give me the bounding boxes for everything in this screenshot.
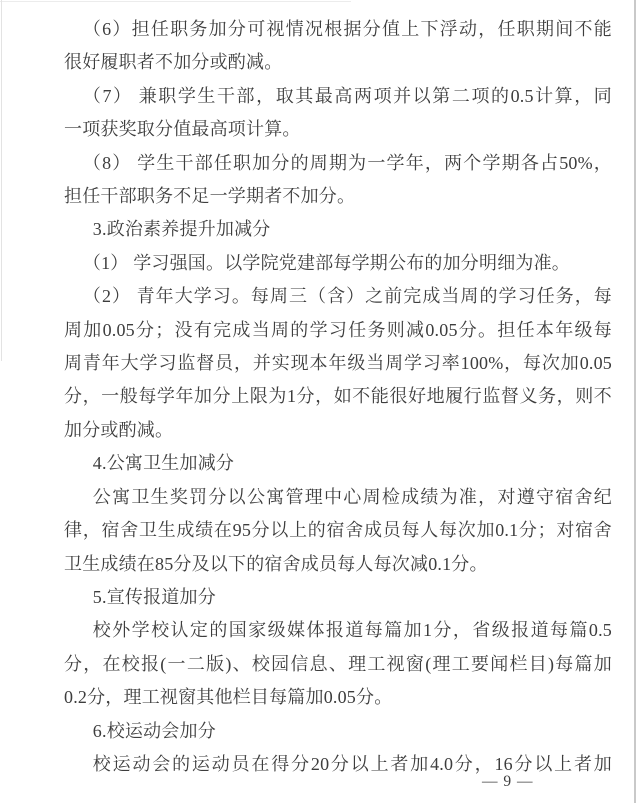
text-line: 分，在校报(一二版)、校园信息、理工视窗(理工要闻栏目)每篇加 [64, 648, 612, 681]
text-line: 律，宿舍卫生成绩在95分以上的宿舍成员每人每次加0.1分；对宿舍 [64, 514, 612, 547]
text-line: 公寓卫生奖罚分以公寓管理中心周检成绩为准，对遵守宿舍纪 [64, 481, 612, 514]
text-line: 周加0.05分；没有完成当周的学习任务则减0.05分。担任本年级每 [64, 314, 612, 347]
text-line: （1） 学习强国。以学院党建部每学期公布的加分明细为准。 [64, 247, 612, 280]
text-line: 4.公寓卫生加减分 [64, 447, 612, 480]
text-line: 5.宣传报道加分 [64, 581, 612, 614]
text-line: 周青年大学习监督员，并实现本年级当周学习率100%，每次加0.05 [64, 347, 612, 380]
text-line: 分，一般每学年加分上限为1分，如不能很好地履行监督义务，则不 [64, 380, 612, 413]
text-line: 很好履职者不加分或酌减。 [64, 46, 612, 79]
text-line: 担任干部职务不足一学期者不加分。 [64, 180, 612, 213]
page-edge-right [634, 0, 636, 803]
text-line: （2） 青年大学习。每周三（含）之前完成当周的学习任务，每 [64, 280, 612, 313]
document-body: （6）担任职务加分可视情况根据分值上下浮动，任职期间不能很好履职者不加分或酌减。… [64, 13, 612, 781]
page-edge-top [0, 1, 351, 2]
text-line: 一项获奖取分值最高项计算。 [64, 113, 612, 146]
text-line: 6.校运动会加分 [64, 715, 612, 748]
document-page: （6）担任职务加分可视情况根据分值上下浮动，任职期间不能很好履职者不加分或酌减。… [0, 0, 639, 803]
text-line: 0.2分，理工视窗其他栏目每篇加0.05分。 [64, 681, 612, 714]
text-line: 加分或酌减。 [64, 414, 612, 447]
text-line: （7） 兼职学生干部，取其最高两项并以第二项的0.5计算，同 [64, 80, 612, 113]
text-line: （6）担任职务加分可视情况根据分值上下浮动，任职期间不能 [64, 13, 612, 46]
text-line: （8） 学生干部任职加分的周期为一学年，两个学期各占50%， [64, 147, 612, 180]
text-line: 校外学校认定的国家级媒体报道每篇加1分，省级报道每篇0.5 [64, 614, 612, 647]
page-edge-left [1, 0, 2, 361]
text-line: 卫生成绩在85分及以下的宿舍成员每人每次减0.1分。 [64, 548, 612, 581]
text-line: 3.政治素养提升加减分 [64, 213, 612, 246]
page-number: — 9 — [482, 773, 534, 791]
